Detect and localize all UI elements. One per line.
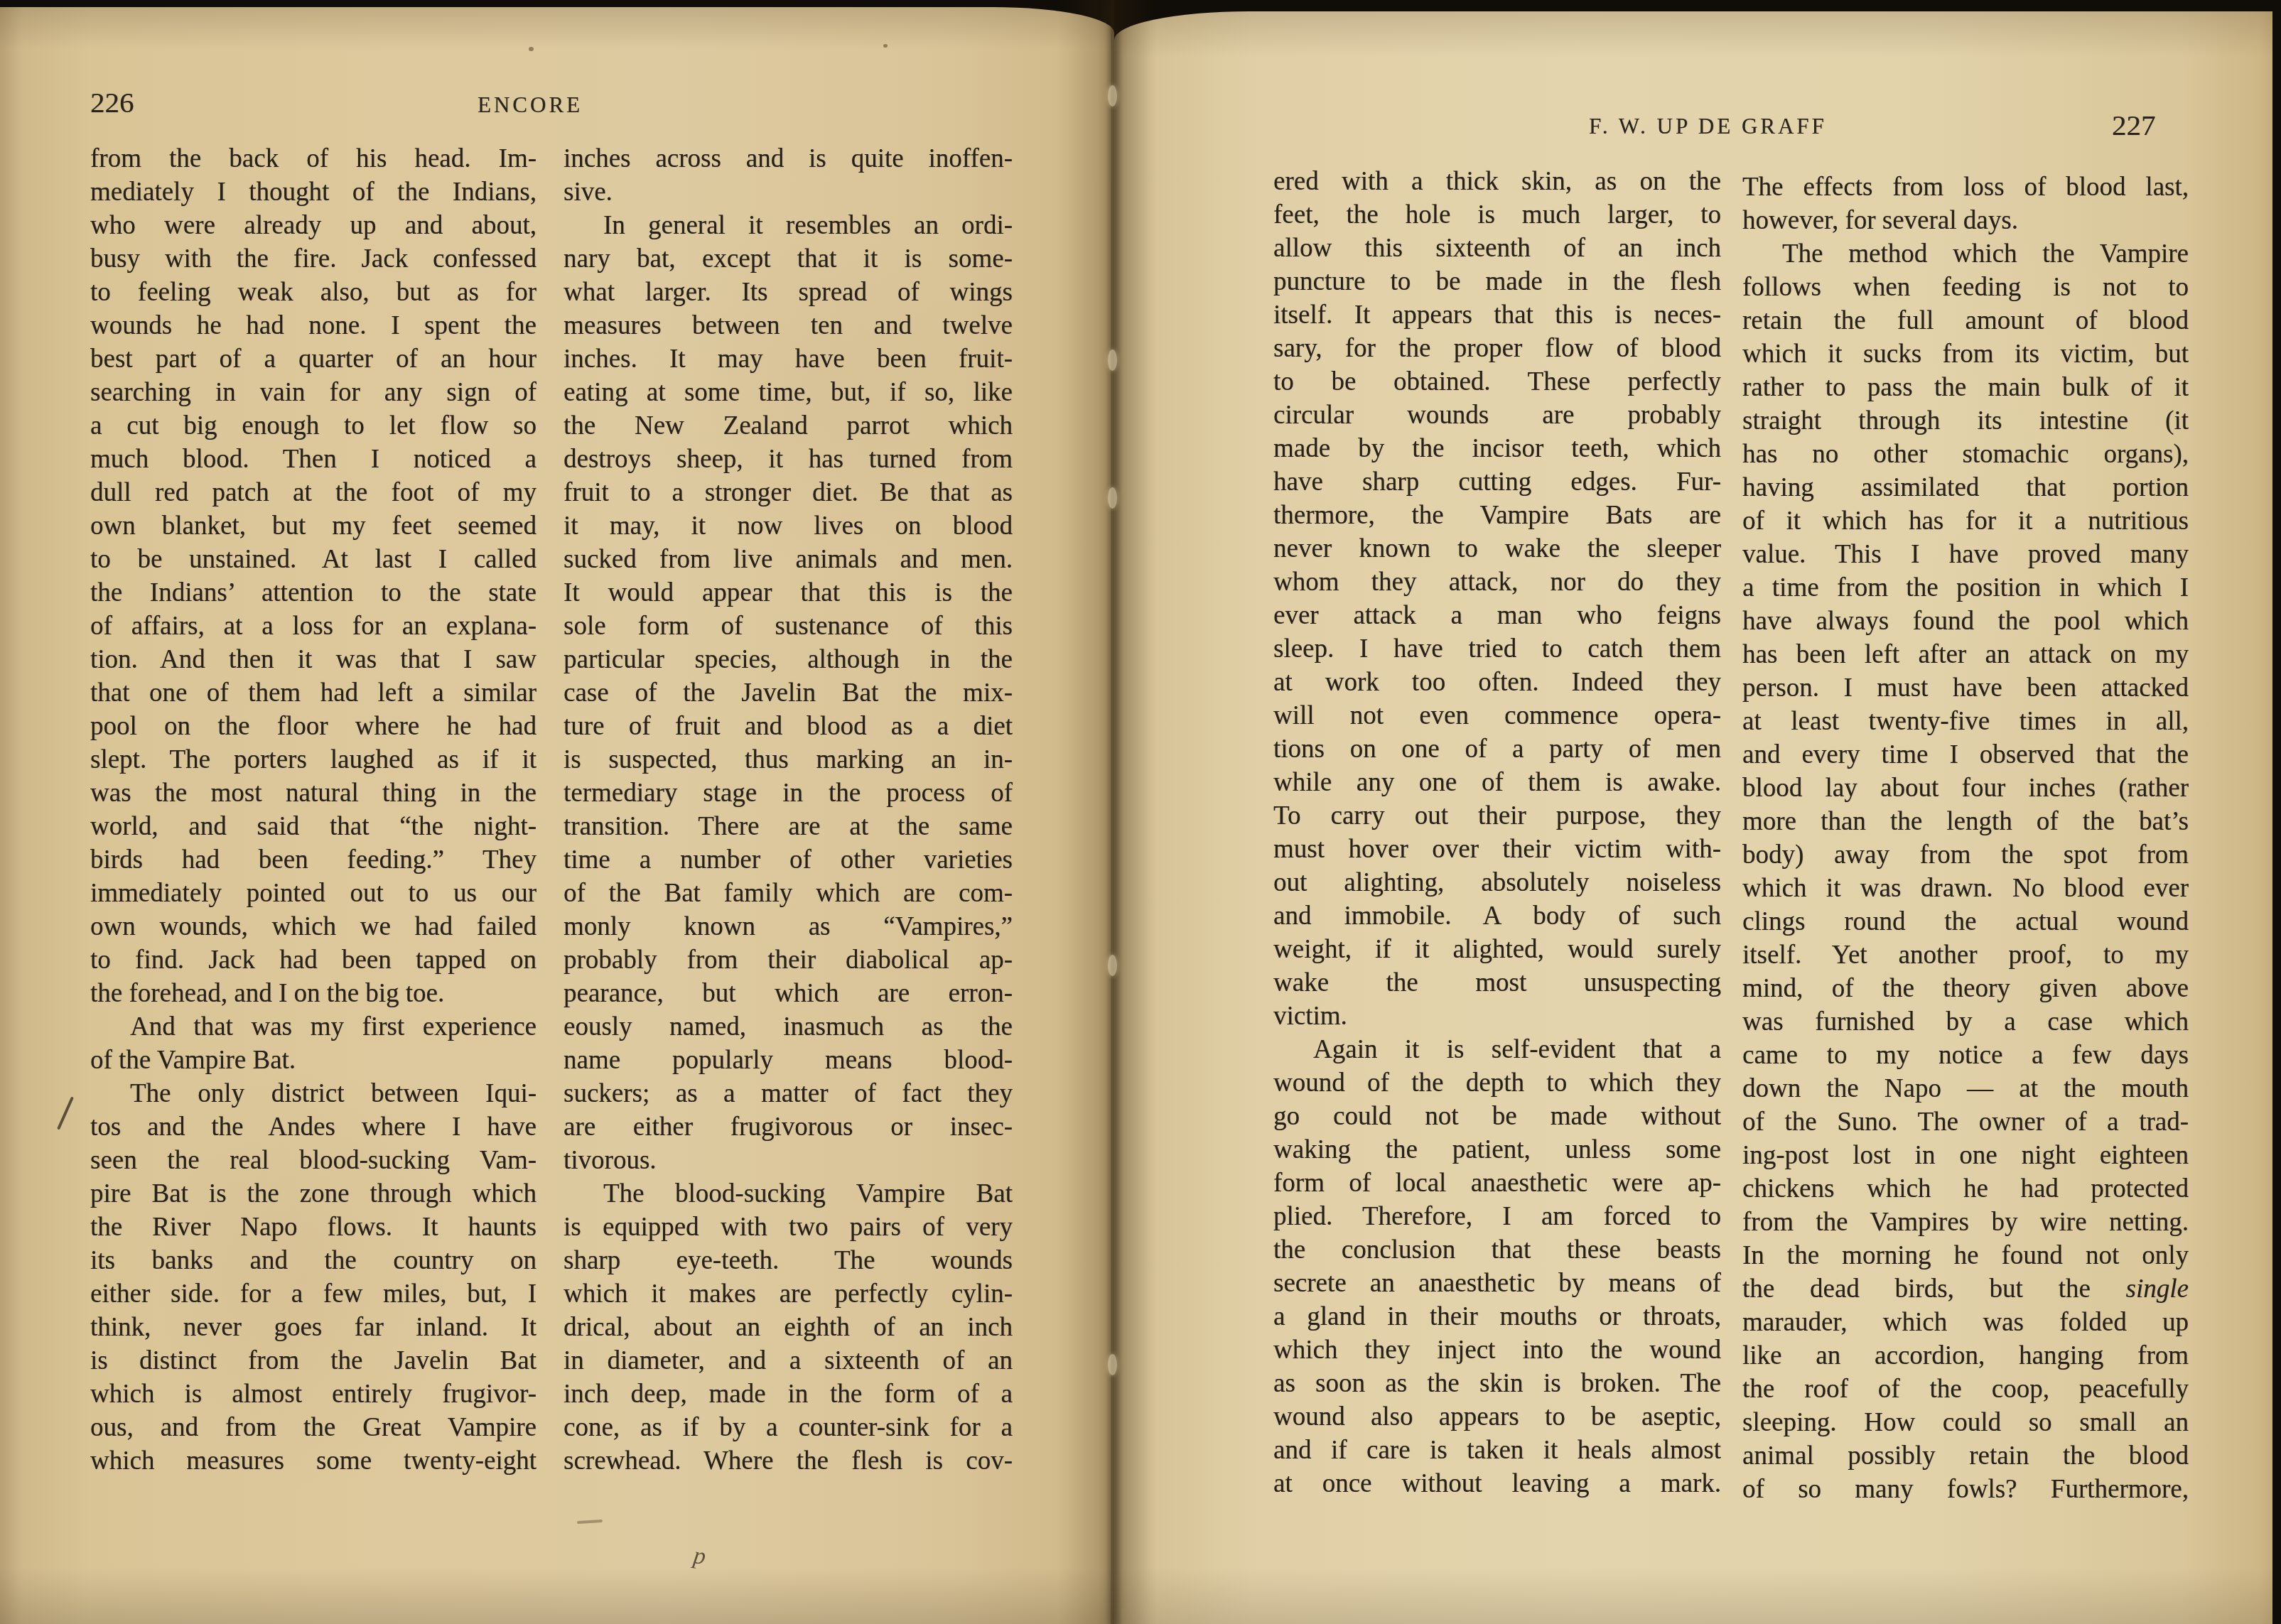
text-line: tos and the Andes where I have — [90, 1110, 536, 1144]
text-line: and every time I observed that the — [1742, 738, 2189, 772]
text-line: best part of a quarter of an hour — [90, 342, 536, 376]
text-line: sary, for the proper flow of blood — [1273, 332, 1721, 365]
text-line: inches. It may have been fruit- — [563, 342, 1013, 376]
page-number-right: 227 — [2112, 108, 2156, 142]
text-column-2: inches across and is quite inoffen-sive.… — [563, 142, 1013, 1478]
text-line: To carry out their purpose, they — [1273, 799, 1721, 833]
text-line: pearance, but which are erron- — [563, 977, 1013, 1010]
text-line: is equipped with two pairs of very — [563, 1211, 1013, 1244]
text-line: must hover over their victim with- — [1273, 833, 1721, 866]
text-line: what larger. Its spread of wings — [563, 276, 1013, 309]
text-line: body) away from the spot from — [1742, 838, 2189, 872]
binding-thread-notch — [1108, 487, 1117, 509]
text-line: person. I must have been attacked — [1742, 671, 2189, 705]
text-line: victim. — [1273, 1000, 1721, 1033]
text-line: and immobile. A body of such — [1273, 899, 1721, 933]
text-line: ered with a thick skin, as on the — [1273, 165, 1721, 198]
text-line: will not even commence opera- — [1273, 699, 1721, 732]
text-line: animal possibly retain the blood — [1742, 1439, 2189, 1473]
text-line: follows when feeding is not to — [1742, 271, 2189, 304]
text-line: The blood-sucking Vampire Bat — [563, 1177, 1013, 1211]
text-line: as soon as the skin is broken. The — [1273, 1367, 1721, 1400]
text-line: to be obtained. These perfectly — [1273, 365, 1721, 399]
text-line: ture of fruit and blood as a diet — [563, 710, 1013, 743]
text-line: whom they attack, nor do they — [1273, 565, 1721, 599]
text-line: value. This I have proved many — [1742, 538, 2189, 571]
text-line: at work too often. Indeed they — [1273, 666, 1721, 699]
text-line: ing-post lost in one night eighteen — [1742, 1139, 2189, 1172]
text-line: more than the length of the bat’s — [1742, 805, 2189, 838]
text-line: much blood. Then I noticed a — [90, 443, 536, 476]
text-line: sleeping. How could so small an — [1742, 1406, 2189, 1439]
text-line: its banks and the country on — [90, 1244, 536, 1277]
text-line: pool on the floor where he had — [90, 710, 536, 743]
text-line: allow this sixteenth of an inch — [1273, 232, 1721, 265]
text-line: are either frugivorous or insec- — [563, 1110, 1013, 1144]
text-line: In the morning he found not only — [1742, 1239, 2189, 1272]
paper-speck — [529, 47, 534, 51]
text-line: blood lay about four inches (rather — [1742, 772, 2189, 805]
text-line: rather to pass the main bulk of it — [1742, 371, 2189, 404]
text-line: out alighting, absolutely noiseless — [1273, 866, 1721, 899]
text-line: itself. Yet another proof, to my — [1742, 938, 2189, 972]
text-line: destroys sheep, it has turned from — [563, 443, 1013, 476]
text-line: busy with the fire. Jack confessed — [90, 242, 536, 276]
text-line: have always found the pool which — [1742, 605, 2189, 638]
text-line: circular wounds are probably — [1273, 399, 1721, 432]
text-line: has been left after an attack on my — [1742, 638, 2189, 671]
text-line: made by the incisor teeth, which — [1273, 432, 1721, 465]
text-line: feet, the hole is much larger, to — [1273, 198, 1721, 232]
text-line: that one of them had left a similar — [90, 676, 536, 710]
text-line: sleep. I have tried to catch them — [1273, 632, 1721, 666]
text-line: own wounds, which we had failed — [90, 910, 536, 943]
text-line: while any one of them is awake. — [1273, 766, 1721, 799]
text-line: secrete an anaesthetic by means of — [1273, 1267, 1721, 1300]
text-line: has no other stomachic organs), — [1742, 438, 2189, 471]
text-line: the dead birds, but the single — [1742, 1272, 2189, 1306]
text-line: suckers; as a matter of fact they — [563, 1077, 1013, 1110]
text-line: of the Suno. The owner of a trad- — [1742, 1105, 2189, 1139]
text-line: at once without leaving a mark. — [1273, 1467, 1721, 1500]
text-line: transition. There are at the same — [563, 810, 1013, 843]
text-line: ever attack a man who feigns — [1273, 599, 1721, 632]
text-line: and if care is taken it heals almost — [1273, 1434, 1721, 1467]
text-line: own blanket, but my feet seemed — [90, 509, 536, 543]
text-line: having assimilated that portion — [1742, 471, 2189, 504]
text-line: was furnished by a case which — [1742, 1005, 2189, 1039]
text-line: of the Bat family which are com- — [563, 877, 1013, 910]
text-line: of it which has for it a nutritious — [1742, 504, 2189, 538]
text-line: is distinct from the Javelin Bat — [90, 1344, 536, 1377]
text-line: The effects from loss of blood last, — [1742, 170, 2189, 204]
text-line: never known to wake the sleeper — [1273, 532, 1721, 565]
text-line: which is almost entirely frugivor- — [90, 1377, 536, 1411]
text-line: drical, about an eighth of an inch — [563, 1311, 1013, 1344]
text-line: ous, and from the Great Vampire — [90, 1411, 536, 1444]
text-line: wound of the depth to which they — [1273, 1066, 1721, 1100]
text-column-3: ered with a thick skin, as on thefeet, t… — [1273, 165, 1721, 1500]
text-line: clings round the actual wound — [1742, 905, 2189, 938]
text-line: It would appear that this is the — [563, 576, 1013, 610]
text-line: sharp eye-teeth. The wounds — [563, 1244, 1013, 1277]
text-line: The method which the Vampire — [1742, 237, 2189, 271]
text-line: puncture to be made in the flesh — [1273, 265, 1721, 298]
text-line: the roof of the coop, peacefully — [1742, 1373, 2189, 1406]
text-line: cone, as if by a counter-sink for a — [563, 1411, 1013, 1444]
text-line: which they inject into the wound — [1273, 1333, 1721, 1367]
text-line: sucked from live animals and men. — [563, 543, 1013, 576]
text-line: searching in vain for any sign of — [90, 376, 536, 409]
text-line: mediately I thought of the Indians, — [90, 175, 536, 209]
text-line: wounds he had none. I spent the — [90, 309, 536, 342]
binding-thread-notch — [1108, 1354, 1117, 1375]
text-line: think, never goes far inland. It — [90, 1311, 536, 1344]
text-line: the River Napo flows. It haunts — [90, 1211, 536, 1244]
text-line: name popularly means blood- — [563, 1044, 1013, 1077]
text-line: to feeling weak also, but as for — [90, 276, 536, 309]
text-line: probably from their diabolical ap- — [563, 943, 1013, 977]
text-line: itself. It appears that this is neces- — [1273, 298, 1721, 332]
text-line: fruit to a stronger diet. Be that as — [563, 476, 1013, 509]
text-line: the forehead, and I on the big toe. — [90, 977, 536, 1010]
text-line: sive. — [563, 175, 1013, 209]
text-line: slept. The porters laughed as if it — [90, 743, 536, 776]
text-line: the conclusion that these beasts — [1273, 1233, 1721, 1267]
text-line: wake the most unsuspecting — [1273, 966, 1721, 1000]
text-line: nary bat, except that it is some- — [563, 242, 1013, 276]
text-line: who were already up and about, — [90, 209, 536, 242]
text-line: straight through its intestine (it — [1742, 404, 2189, 438]
text-line: down the Napo — at the mouth — [1742, 1072, 2189, 1105]
text-line: came to my notice a few days — [1742, 1039, 2189, 1072]
text-line: go could not be made without — [1273, 1100, 1721, 1133]
text-line: seen the real blood-sucking Vam- — [90, 1144, 536, 1177]
text-line: a cut big enough to let flow so — [90, 409, 536, 443]
text-column-4: The effects from loss of blood last,howe… — [1742, 170, 2189, 1506]
text-column-1: from the back of his head. Im-mediately … — [90, 142, 536, 1478]
text-line: from the back of his head. Im- — [90, 142, 536, 175]
text-line: waking the patient, unless some — [1273, 1133, 1721, 1166]
text-line: birds had been feeding.” They — [90, 843, 536, 877]
text-line: form of local anaesthetic were ap- — [1273, 1166, 1721, 1200]
text-line: wound also appears to be aseptic, — [1273, 1400, 1721, 1434]
text-line: The only district between Iqui- — [90, 1077, 536, 1110]
text-line: termediary stage in the process of — [563, 776, 1013, 810]
binding-thread-notch — [1108, 85, 1117, 107]
text-line: it may, it now lives on blood — [563, 509, 1013, 543]
text-line: dull red patch at the foot of my — [90, 476, 536, 509]
text-line: the Indians’ attention to the state — [90, 576, 536, 610]
text-line: pire Bat is the zone through which — [90, 1177, 536, 1211]
text-line: of the Vampire Bat. — [90, 1044, 536, 1077]
text-line: was the most natural thing in the — [90, 776, 536, 810]
binding-crease — [1111, 0, 1114, 1624]
text-line: marauder, which was folded up — [1742, 1306, 2189, 1339]
text-line: tion. And then it was that I saw — [90, 643, 536, 676]
text-line: a gland in their mouths or throats, — [1273, 1300, 1721, 1333]
text-line: either side. for a few miles, but, I — [90, 1277, 536, 1311]
text-line: which it makes are perfectly cylin- — [563, 1277, 1013, 1311]
text-line: eously named, inasmuch as the — [563, 1010, 1013, 1044]
text-line: measures between ten and twelve — [563, 309, 1013, 342]
text-line: In general it resembles an ordi- — [563, 209, 1013, 242]
text-line: tions on one of a party of men — [1273, 732, 1721, 766]
text-line: at least twenty-five times in all, — [1742, 705, 2189, 738]
running-title-left: ENCORE — [478, 92, 583, 118]
text-line: retain the full amount of blood — [1742, 304, 2189, 337]
text-line: monly known as “Vampires,” — [563, 910, 1013, 943]
text-line: And that was my first experience — [90, 1010, 536, 1044]
paper-speck — [883, 44, 888, 48]
text-line: inches across and is quite inoffen- — [563, 142, 1013, 175]
text-line: a time from the position in which I — [1742, 571, 2189, 605]
binding-thread-notch — [1108, 350, 1117, 371]
text-line: in diameter, and a sixteenth of an — [563, 1344, 1013, 1377]
text-line: case of the Javelin Bat the mix- — [563, 676, 1013, 710]
text-line: which measures some twenty-eight — [90, 1444, 536, 1478]
text-line: eating at some time, but, if so, like — [563, 376, 1013, 409]
text-line: from the Vampires by wire netting. — [1742, 1206, 2189, 1239]
text-line: inch deep, made in the form of a — [563, 1377, 1013, 1411]
text-line: of so many fowls? Furthermore, — [1742, 1473, 2189, 1506]
text-line: of affairs, at a loss for an explana- — [90, 610, 536, 643]
text-line: weight, if it alighted, would surely — [1273, 933, 1721, 966]
text-line: which it was drawn. No blood ever — [1742, 872, 2189, 905]
text-line: however, for several days. — [1742, 204, 2189, 237]
text-line: to find. Jack had been tapped on — [90, 943, 536, 977]
binding-thread-notch — [1108, 955, 1117, 976]
text-line: like an accordion, hanging from — [1742, 1339, 2189, 1373]
text-line: chickens which he had protected — [1742, 1172, 2189, 1206]
text-line: immediately pointed out to us our — [90, 877, 536, 910]
text-line: mind, of the theory given above — [1742, 972, 2189, 1005]
page-number-left: 226 — [90, 85, 134, 119]
text-line: tivorous. — [563, 1144, 1013, 1177]
text-line: particular species, although in the — [563, 643, 1013, 676]
book-spread: 226 ENCORE F. W. UP DE GRAFF 227 from th… — [0, 0, 2281, 1624]
text-line: screwhead. Where the flesh is cov- — [563, 1444, 1013, 1478]
text-line: time a number of other varieties — [563, 843, 1013, 877]
text-line: which it sucks from its victim, but — [1742, 337, 2189, 371]
text-line: world, and said that “the night- — [90, 810, 536, 843]
text-line: is suspected, thus marking an in- — [563, 743, 1013, 776]
text-line: Again it is self-evident that a — [1273, 1033, 1721, 1066]
text-line: thermore, the Vampire Bats are — [1273, 499, 1721, 532]
text-line: to be unstained. At last I called — [90, 543, 536, 576]
text-line: plied. Therefore, I am forced to — [1273, 1200, 1721, 1233]
running-title-right: F. W. UP DE GRAFF — [1589, 114, 1827, 139]
text-line: have sharp cutting edges. Fur- — [1273, 465, 1721, 499]
text-line: sole form of sustenance of this — [563, 610, 1013, 643]
text-line: the New Zealand parrot which — [563, 409, 1013, 443]
